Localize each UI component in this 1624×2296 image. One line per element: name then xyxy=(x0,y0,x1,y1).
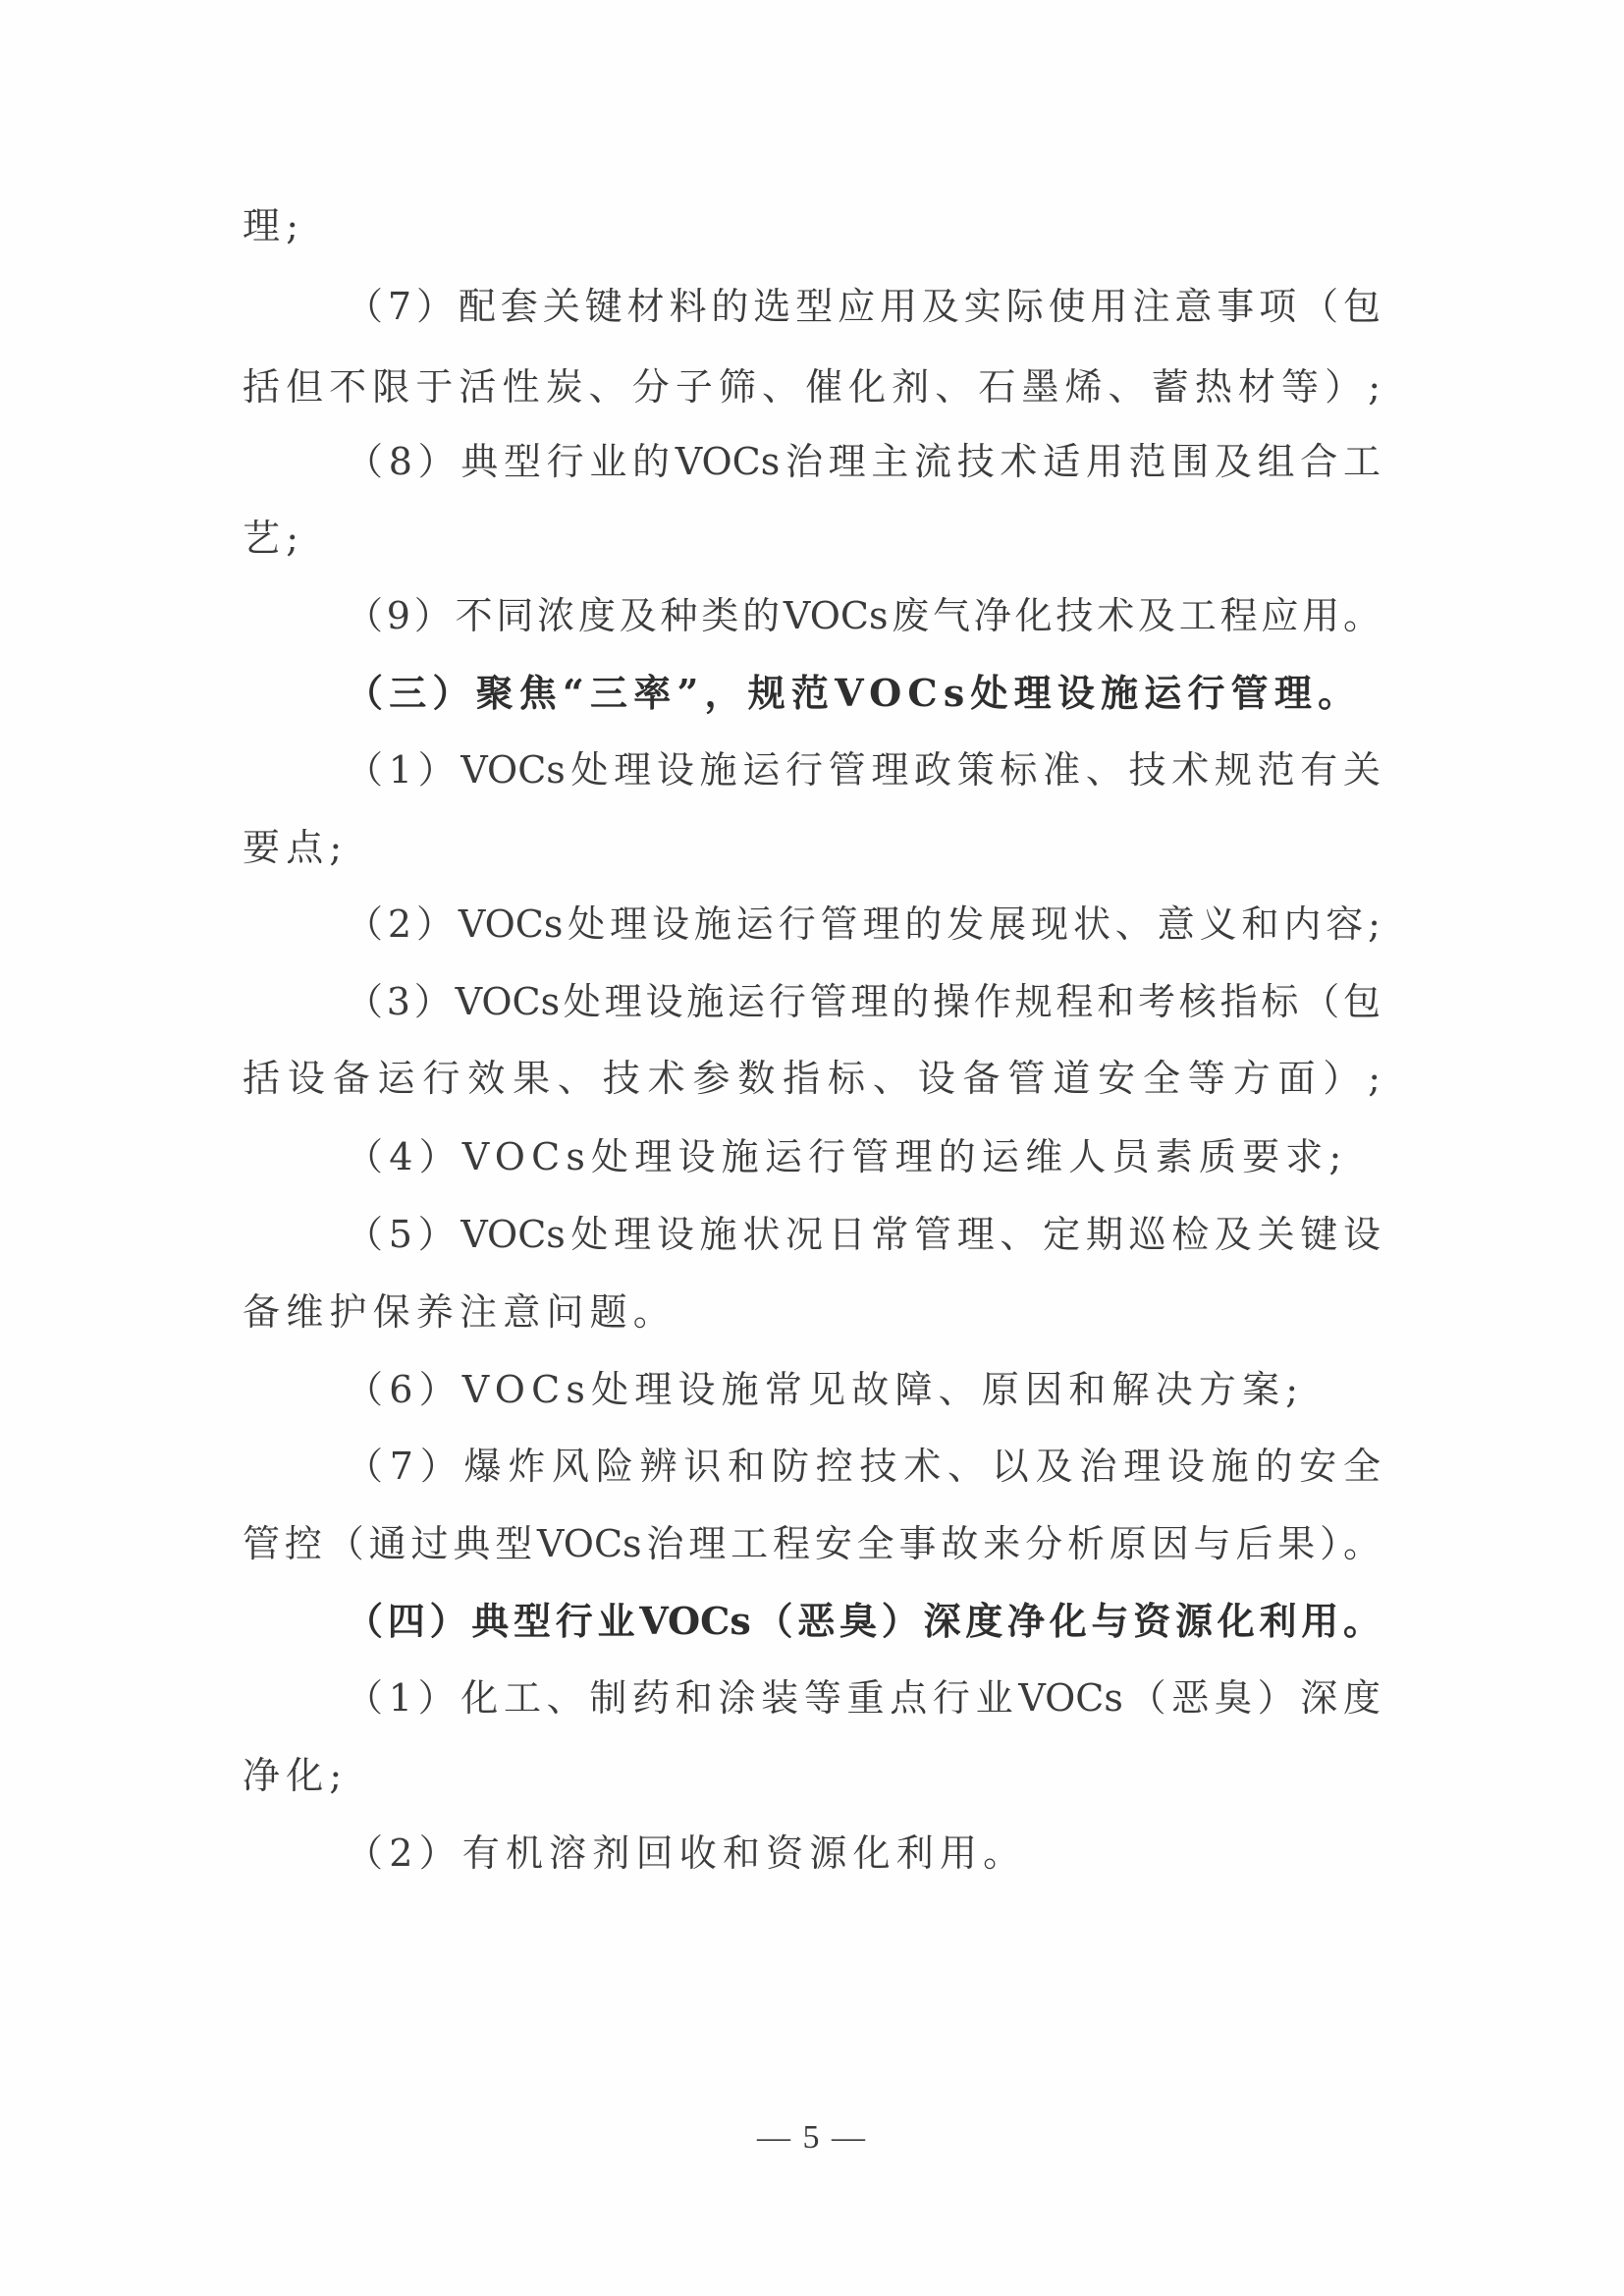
paragraph-line: 艺; xyxy=(243,513,1381,564)
section-heading: （四）典型行业VOCs（恶臭）深度净化与资源化利用。 xyxy=(346,1596,1380,1647)
paragraph-line: （1）化工、制药和涂装等重点行业VOCs（恶臭）深度 xyxy=(346,1672,1380,1723)
paragraph-line: （4）VOCs处理设施运行管理的运维人员素质要求; xyxy=(346,1131,1485,1182)
paragraph-line: （7）爆炸风险辨识和防控技术、以及治理设施的安全 xyxy=(346,1441,1380,1492)
page-number: — 5 — xyxy=(0,2119,1624,2157)
paragraph-line: （8）典型行业的VOCs治理主流技术适用范围及组合工 xyxy=(346,436,1380,487)
paragraph-line: （2）有机溶剂回收和资源化利用。 xyxy=(346,1828,1485,1879)
section-heading: （三）聚焦“三率”，规范VOCs处理设施运行管理。 xyxy=(346,668,1485,719)
paragraph-line: （6）VOCs处理设施常见故障、原因和解决方案; xyxy=(346,1364,1485,1415)
paragraph-line: 括设备运行效果、技术参数指标、设备管道安全等方面）; xyxy=(243,1053,1380,1104)
paragraph-line: （5）VOCs处理设施状况日常管理、定期巡检及关键设 xyxy=(346,1209,1380,1260)
paragraph-line: 备维护保养注意问题。 xyxy=(243,1286,1381,1338)
paragraph-line: 净化; xyxy=(243,1750,1381,1801)
paragraph-line: （2）VOCs处理设施运行管理的发展现状、意义和内容; xyxy=(346,899,1380,950)
document-page: 理;（7）配套关键材料的选型应用及实际使用注意事项（包括但不限于活性炭、分子筛、… xyxy=(0,0,1624,2296)
paragraph-line: （9）不同浓度及种类的VOCs废气净化技术及工程应用。 xyxy=(346,590,1380,641)
paragraph-line: 要点; xyxy=(243,822,1381,873)
paragraph-line: 理; xyxy=(243,200,1381,251)
paragraph-line: 括但不限于活性炭、分子筛、催化剂、石墨烯、蓄热材等）; xyxy=(243,361,1380,412)
paragraph-line: （7）配套关键材料的选型应用及实际使用注意事项（包 xyxy=(346,281,1380,332)
paragraph-line: 管控（通过典型VOCs治理工程安全事故来分析原因与后果）。 xyxy=(243,1518,1380,1569)
paragraph-line: （1）VOCs处理设施运行管理政策标准、技术规范有关 xyxy=(346,744,1380,795)
paragraph-line: （3）VOCs处理设施运行管理的操作规程和考核指标（包 xyxy=(346,976,1380,1027)
